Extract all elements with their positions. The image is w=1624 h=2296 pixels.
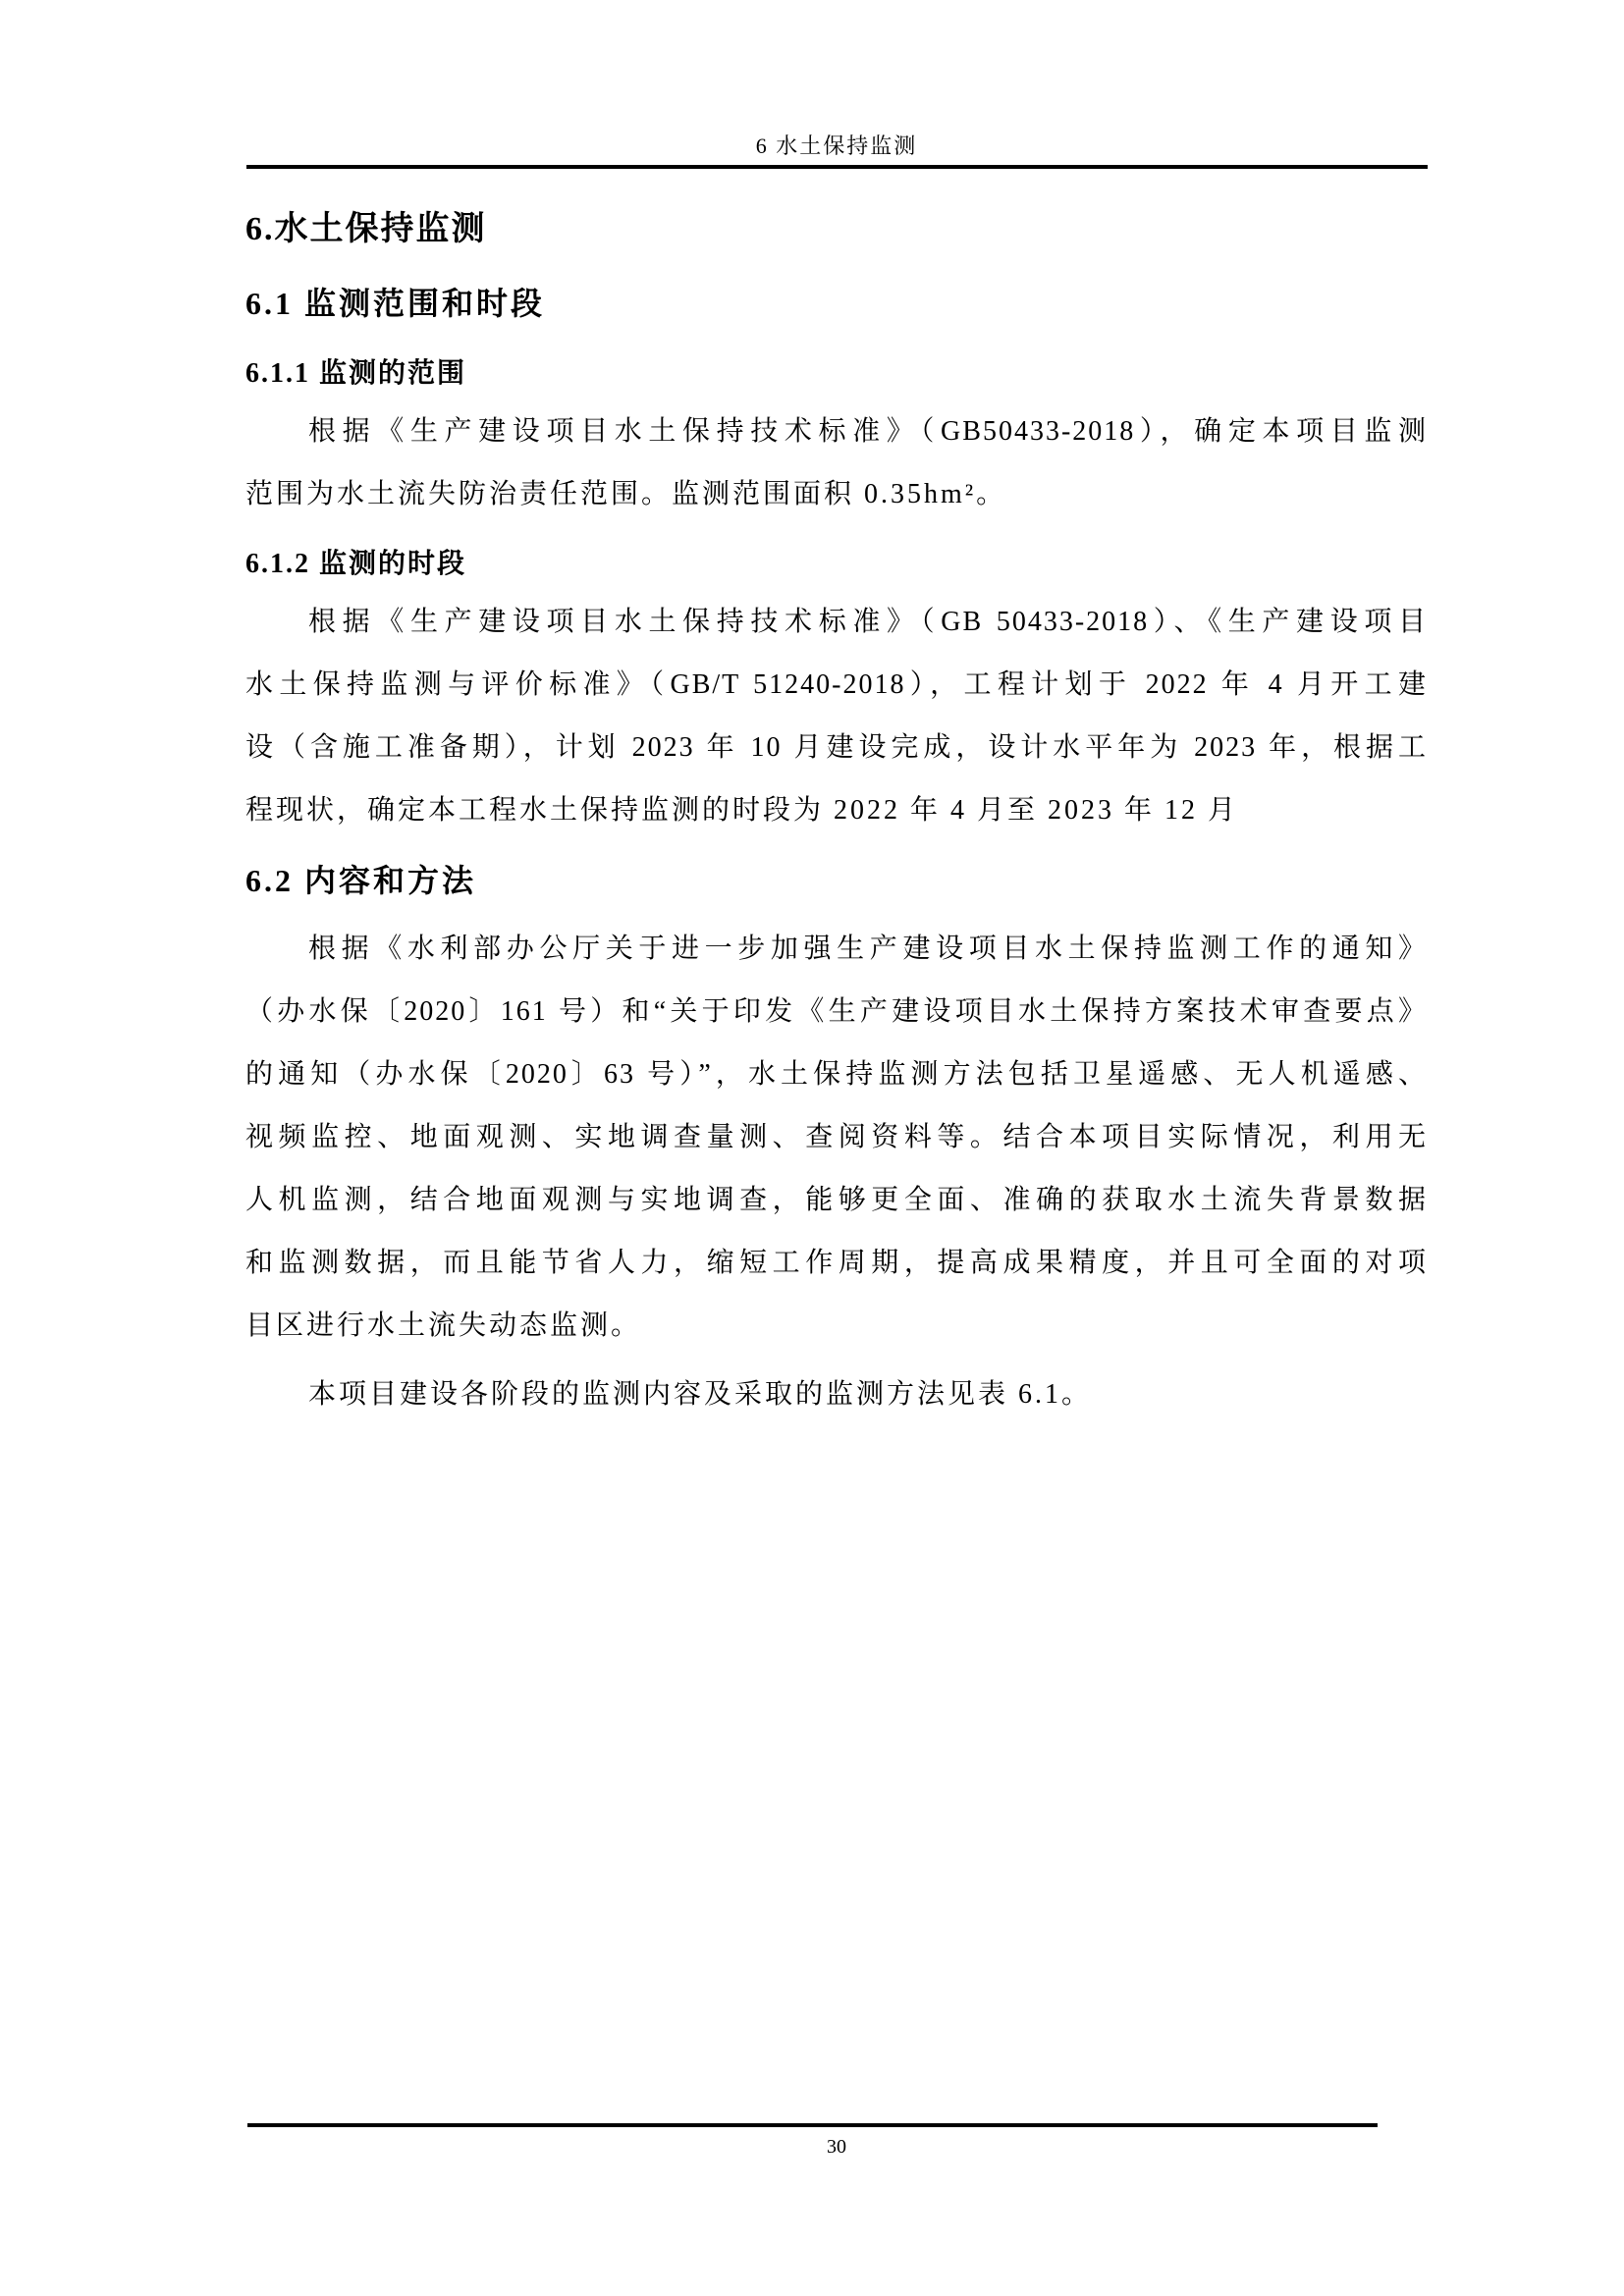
section-heading-6-2: 6.2 内容和方法: [245, 856, 476, 901]
footer-rule: [247, 2123, 1378, 2127]
paragraph-line: 视频监控、地面观测、实地调查量测、查阅资料等。结合本项目实际情况，利用无: [245, 1106, 1428, 1169]
paragraph-line: 设（含施工准备期），计划 2023 年 10 月建设完成，设计水平年为 2023…: [245, 717, 1428, 779]
header-rule: [246, 165, 1428, 169]
paragraph-line: 根据《水利部办公厅关于进一步加强生产建设项目水土保持监测工作的通知》: [245, 918, 1428, 981]
paragraph-line: 程现状，确定本工程水土保持监测的时段为 2022 年 4 月至 2023 年 1…: [245, 779, 1428, 842]
paragraph-line: 和监测数据，而且能节省人力，缩短工作周期，提高成果精度，并且可全面的对项: [245, 1232, 1428, 1295]
running-header: 6 水土保持监测: [245, 130, 1428, 160]
paragraph-line: 的通知（办水保〔2020〕63 号）”，水土保持监测方法包括卫星遥感、无人机遥感…: [245, 1043, 1428, 1106]
paragraph-line: （办水保〔2020〕161 号）和“关于印发《生产建设项目水土保持方案技术审查要…: [245, 981, 1428, 1043]
document-page: 6 水土保持监测 6.水土保持监测 6.1 监测范围和时段 6.1.1 监测的范…: [0, 0, 1624, 2296]
paragraph-6-1-2: 根据《生产建设项目水土保持技术标准》（GB 50433-2018）、《生产建设项…: [245, 591, 1428, 842]
paragraph-line: 水土保持监测与评价标准》（GB/T 51240-2018），工程计划于 2022…: [245, 654, 1428, 717]
paragraph-line: 根据《生产建设项目水土保持技术标准》（GB 50433-2018）、《生产建设项…: [245, 591, 1428, 654]
subsection-heading-6-1-1: 6.1.1 监测的范围: [245, 351, 466, 391]
paragraph-line: 本项目建设各阶段的监测内容及采取的监测方法见表 6.1。: [245, 1363, 1428, 1426]
paragraph-line: 目区进行水土流失动态监测。: [245, 1295, 1428, 1358]
paragraph-line: 根据《生产建设项目水土保持技术标准》（GB50433-2018），确定本项目监测: [245, 400, 1428, 463]
paragraph-6-2-first: 根据《水利部办公厅关于进一步加强生产建设项目水土保持监测工作的通知》 （办水保〔…: [245, 918, 1428, 1358]
section-heading-6-1: 6.1 监测范围和时段: [245, 279, 545, 324]
chapter-heading: 6.水土保持监测: [245, 201, 487, 249]
paragraph-6-2-second: 本项目建设各阶段的监测内容及采取的监测方法见表 6.1。: [245, 1363, 1428, 1426]
paragraph-6-1-1: 根据《生产建设项目水土保持技术标准》（GB50433-2018），确定本项目监测…: [245, 400, 1428, 526]
subsection-heading-6-1-2: 6.1.2 监测的时段: [245, 542, 466, 581]
paragraph-line: 范围为水土流失防治责任范围。监测范围面积 0.35hm²。: [245, 463, 1428, 526]
page-number: 30: [245, 2136, 1428, 2159]
paragraph-line: 人机监测，结合地面观测与实地调查，能够更全面、准确的获取水土流失背景数据: [245, 1169, 1428, 1232]
